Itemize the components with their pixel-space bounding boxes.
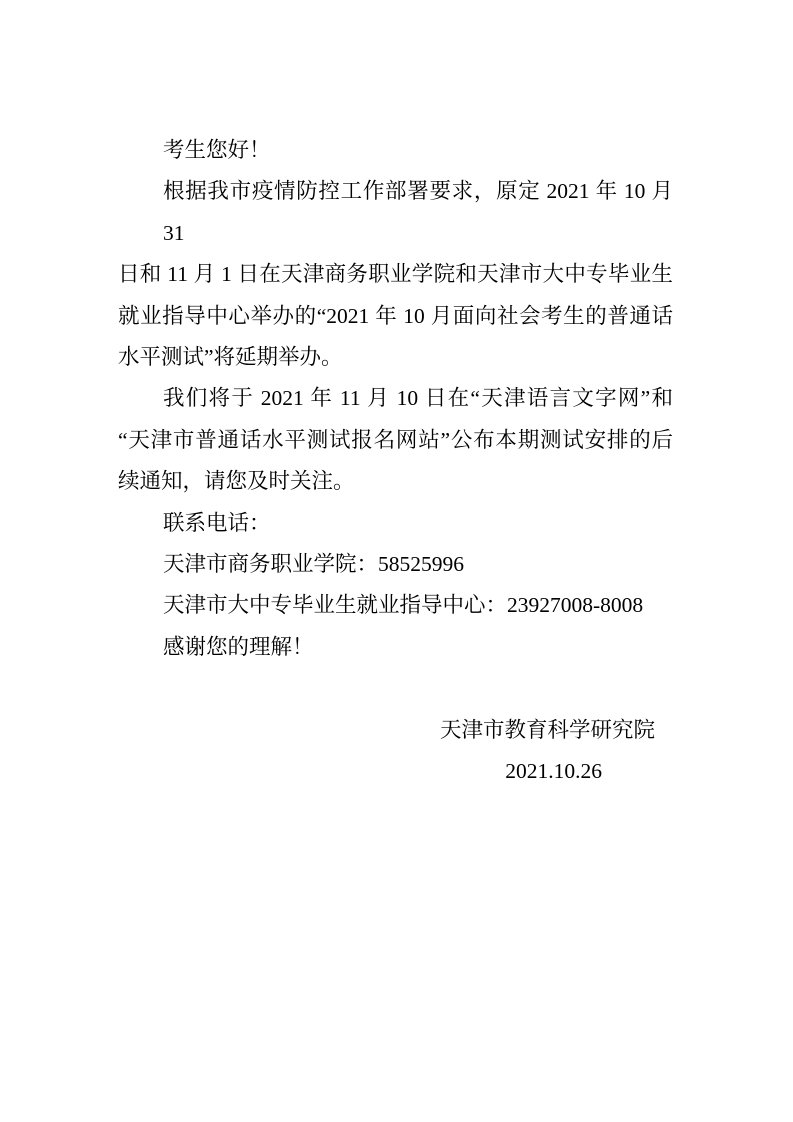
document-body: 考生您好！根据我市疫情防控工作部署要求，原定 2021 年 10 月 31日和 …	[118, 130, 673, 792]
document-line: 感谢您的理解！	[118, 627, 673, 668]
signature-date: 2021.10.26	[118, 751, 673, 792]
signature-org: 天津市教育科学研究院	[118, 710, 673, 751]
document-line: 我们将于 2021 年 11 月 10 日在“天津语言文字网”和	[118, 378, 673, 419]
document-page: 考生您好！根据我市疫情防控工作部署要求，原定 2021 年 10 月 31日和 …	[0, 0, 793, 1122]
document-line: 天津市商务职业学院：58525996	[118, 544, 673, 585]
document-line: 日和 11 月 1 日在天津商务职业学院和天津市大中专毕业生	[118, 254, 673, 295]
document-line: 水平测试”将延期举办。	[118, 337, 673, 378]
document-line: 天津市大中专毕业生就业指导中心：23927008-8008	[118, 585, 673, 626]
document-line: 续通知，请您及时关注。	[118, 461, 673, 502]
blank-line	[118, 668, 673, 709]
document-line: 联系电话：	[118, 503, 673, 544]
document-line: 根据我市疫情防控工作部署要求，原定 2021 年 10 月 31	[118, 171, 673, 254]
document-line: 考生您好！	[118, 130, 673, 171]
document-line: “天津市普通话水平测试报名网站”公布本期测试安排的后	[118, 420, 673, 461]
document-line: 就业指导中心举办的“2021 年 10 月面向社会考生的普通话	[118, 296, 673, 337]
